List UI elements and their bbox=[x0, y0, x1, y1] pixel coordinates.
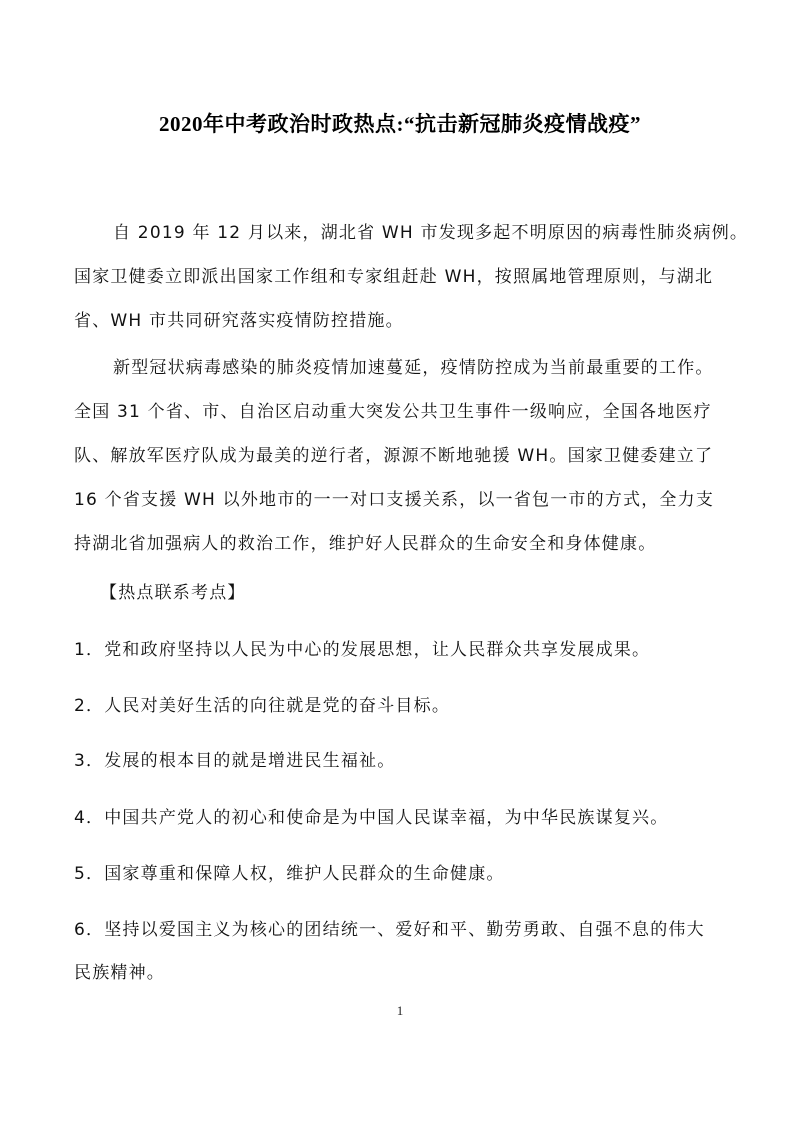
paragraph-line: 持湖北省加强病人的救治工作，维护好人民群众的生命安全和身体健康。 bbox=[74, 529, 734, 554]
list-item: 5．国家尊重和保障人权，维护人民群众的生命健康。 bbox=[74, 859, 734, 884]
paragraph-line: 全国 31 个省、市、自治区启动重大突发公共卫生事件一级响应，全国各地医疗 bbox=[74, 397, 734, 422]
paragraph-line: 队、解放军医疗队成为最美的逆行者，源源不断地驰援 WH。国家卫健委建立了 bbox=[74, 441, 734, 466]
paragraph-line: 省、WH 市共同研究落实疫情防控措施。 bbox=[74, 306, 734, 331]
section-heading: 【热点联系考点】 bbox=[100, 578, 760, 603]
list-item: 1．党和政府坚持以人民为中心的发展思想，让人民群众共享发展成果。 bbox=[74, 635, 734, 660]
page-number: 1 bbox=[0, 1003, 800, 1019]
list-item-continuation: 民族精神。 bbox=[74, 958, 734, 983]
list-item: 2．人民对美好生活的向往就是党的奋斗目标。 bbox=[74, 691, 734, 716]
paragraph-line: 自 2019 年 12 月以来，湖北省 WH 市发现多起不明原因的病毒性肺炎病例… bbox=[113, 218, 773, 243]
list-item: 4．中国共产党人的初心和使命是为中国人民谋幸福，为中华民族谋复兴。 bbox=[74, 803, 734, 828]
document-title: 2020年中考政治时政热点:“抗击新冠肺炎疫情战疫” bbox=[0, 108, 800, 138]
list-item: 6．坚持以爱国主义为核心的团结统一、爱好和平、勤劳勇敢、自强不息的伟大 bbox=[74, 915, 734, 940]
document-page: 2020年中考政治时政热点:“抗击新冠肺炎疫情战疫” 自 2019 年 12 月… bbox=[0, 0, 800, 1132]
paragraph-line: 国家卫健委立即派出国家工作组和专家组赶赴 WH，按照属地管理原则，与湖北 bbox=[74, 262, 734, 287]
list-item: 3．发展的根本目的就是增进民生福祉。 bbox=[74, 746, 734, 771]
paragraph-line: 新型冠状病毒感染的肺炎疫情加速蔓延，疫情防控成为当前最重要的工作。 bbox=[113, 353, 773, 378]
paragraph-line: 16 个省支援 WH 以外地市的一一对口支援关系，以一省包一市的方式，全力支 bbox=[74, 485, 734, 510]
